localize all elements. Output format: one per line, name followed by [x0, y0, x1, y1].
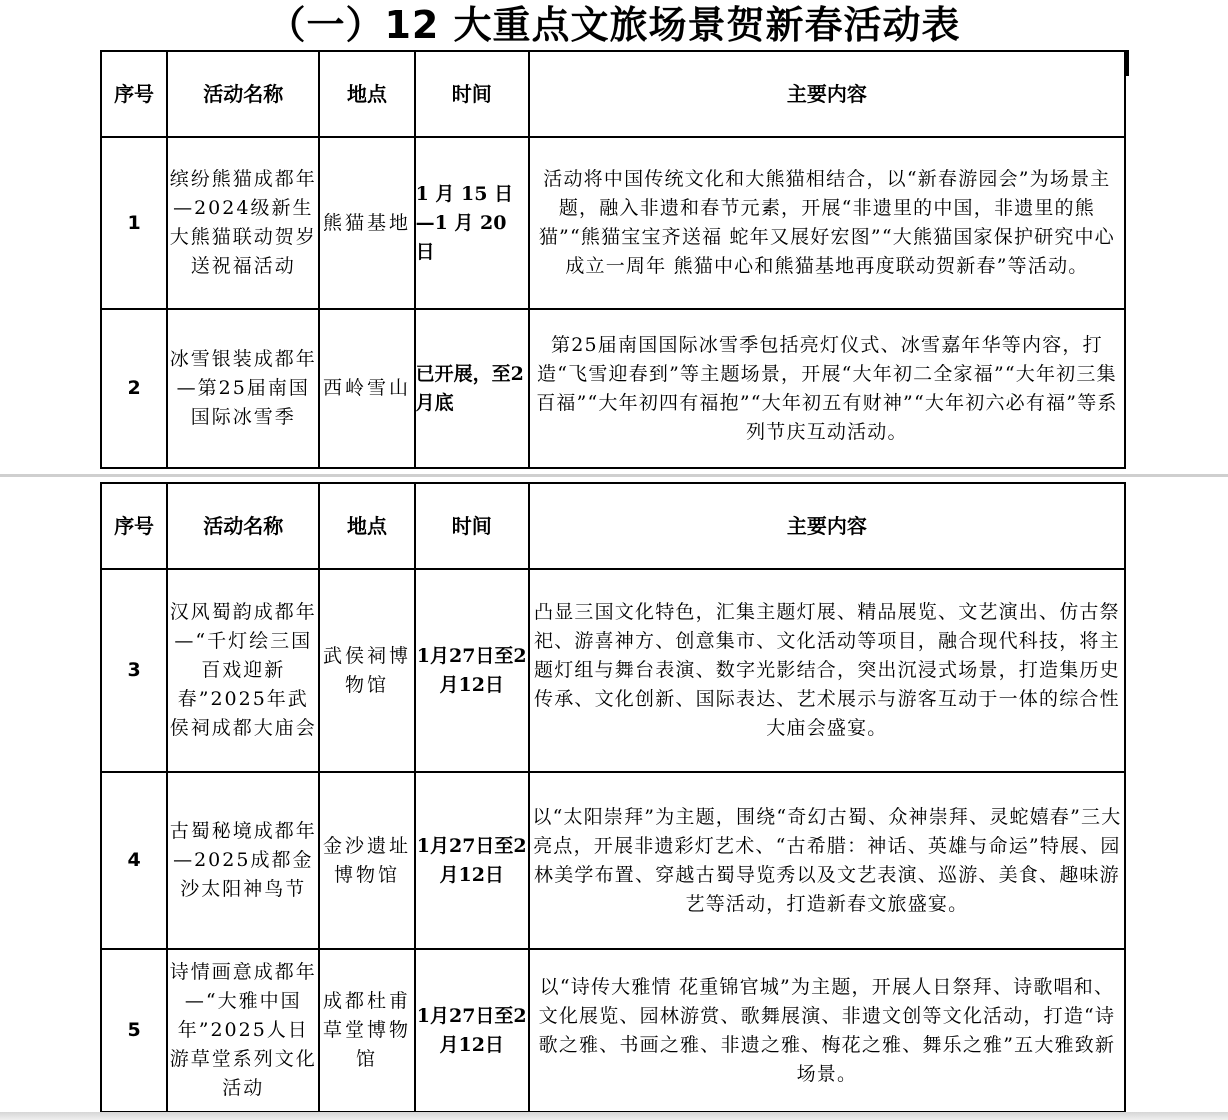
header-no: 序号 [101, 51, 167, 137]
header-content: 主要内容 [529, 483, 1125, 569]
row-no: 3 [101, 569, 167, 772]
header-no: 序号 [101, 483, 167, 569]
row-activity-name: 缤纷熊猫成都年—2024级新生大熊猫联动贺岁送祝福活动 [167, 137, 319, 309]
row-time: 1月27日至2月12日 [415, 569, 529, 772]
row-no: 5 [101, 949, 167, 1112]
header-name: 活动名称 [167, 51, 319, 137]
page-separator [0, 474, 1228, 477]
table-row: 1 缤纷熊猫成都年—2024级新生大熊猫联动贺岁送祝福活动 熊猫基地 1 月 1… [101, 137, 1125, 309]
row-content: 活动将中国传统文化和大熊猫相结合，以“新春游园会”为场景主题，融入非遗和春节元素… [529, 137, 1125, 309]
header-content: 主要内容 [529, 51, 1125, 137]
row-content: 凸显三国文化特色，汇集主题灯展、精品展览、文艺演出、仿古祭祀、游喜神方、创意集市… [529, 569, 1125, 772]
row-content: 第25届南国国际冰雪季包括亮灯仪式、冰雪嘉年华等内容，打造“飞雪迎春到”等主题场… [529, 309, 1125, 468]
activity-table-page-2: 序号 活动名称 地点 时间 主要内容 3 汉风蜀韵成都年—“千灯绘三国 百戏迎新… [100, 482, 1126, 1113]
row-place: 西岭雪山 [319, 309, 414, 468]
table-row: 5 诗情画意成都年—“大雅中国年”2025人日游草堂系列文化活动 成都杜甫草堂博… [101, 949, 1125, 1112]
row-place: 武侯祠博物馆 [319, 569, 414, 772]
row-activity-name: 冰雪银装成都年—第25届南国国际冰雪季 [167, 309, 319, 468]
row-place: 熊猫基地 [319, 137, 414, 309]
row-activity-name: 古蜀秘境成都年—2025成都金沙太阳神鸟节 [167, 772, 319, 949]
header-time: 时间 [415, 51, 529, 137]
row-content: 以“太阳崇拜”为主题，围绕“奇幻古蜀、众神崇拜、灵蛇嬉春”三大亮点，开展非遗彩灯… [529, 772, 1125, 949]
row-place: 金沙遗址博物馆 [319, 772, 414, 949]
row-content: 以“诗传大雅情 花重锦官城”为主题，开展人日祭拜、诗歌唱和、文化展览、园林游赏、… [529, 949, 1125, 1112]
header-time: 时间 [415, 483, 529, 569]
row-no: 1 [101, 137, 167, 309]
header-place: 地点 [319, 483, 414, 569]
page-bottom-edge [0, 1112, 1228, 1120]
row-time: 已开展，至2月底 [415, 309, 529, 468]
header-name: 活动名称 [167, 483, 319, 569]
page-title: （一）12 大重点文旅场景贺新春活动表 [0, 2, 1228, 48]
row-activity-name: 汉风蜀韵成都年—“千灯绘三国 百戏迎新春”2025年武侯祠成都大庙会 [167, 569, 319, 772]
table-row: 3 汉风蜀韵成都年—“千灯绘三国 百戏迎新春”2025年武侯祠成都大庙会 武侯祠… [101, 569, 1125, 772]
header-place: 地点 [319, 51, 414, 137]
activity-table-page-1: 序号 活动名称 地点 时间 主要内容 1 缤纷熊猫成都年—2024级新生大熊猫联… [100, 50, 1126, 469]
table-header-row: 序号 活动名称 地点 时间 主要内容 [101, 483, 1125, 569]
row-no: 2 [101, 309, 167, 468]
table-row: 2 冰雪银装成都年—第25届南国国际冰雪季 西岭雪山 已开展，至2月底 第25届… [101, 309, 1125, 468]
table-header-row: 序号 活动名称 地点 时间 主要内容 [101, 51, 1125, 137]
row-activity-name: 诗情画意成都年—“大雅中国年”2025人日游草堂系列文化活动 [167, 949, 319, 1112]
row-place: 成都杜甫草堂博物馆 [319, 949, 414, 1112]
table-row: 4 古蜀秘境成都年—2025成都金沙太阳神鸟节 金沙遗址博物馆 1月27日至2月… [101, 772, 1125, 949]
row-time: 1 月 15 日—1 月 20 日 [415, 137, 529, 309]
row-no: 4 [101, 772, 167, 949]
row-time: 1月27日至2月12日 [415, 949, 529, 1112]
row-time: 1月27日至2月12日 [415, 772, 529, 949]
